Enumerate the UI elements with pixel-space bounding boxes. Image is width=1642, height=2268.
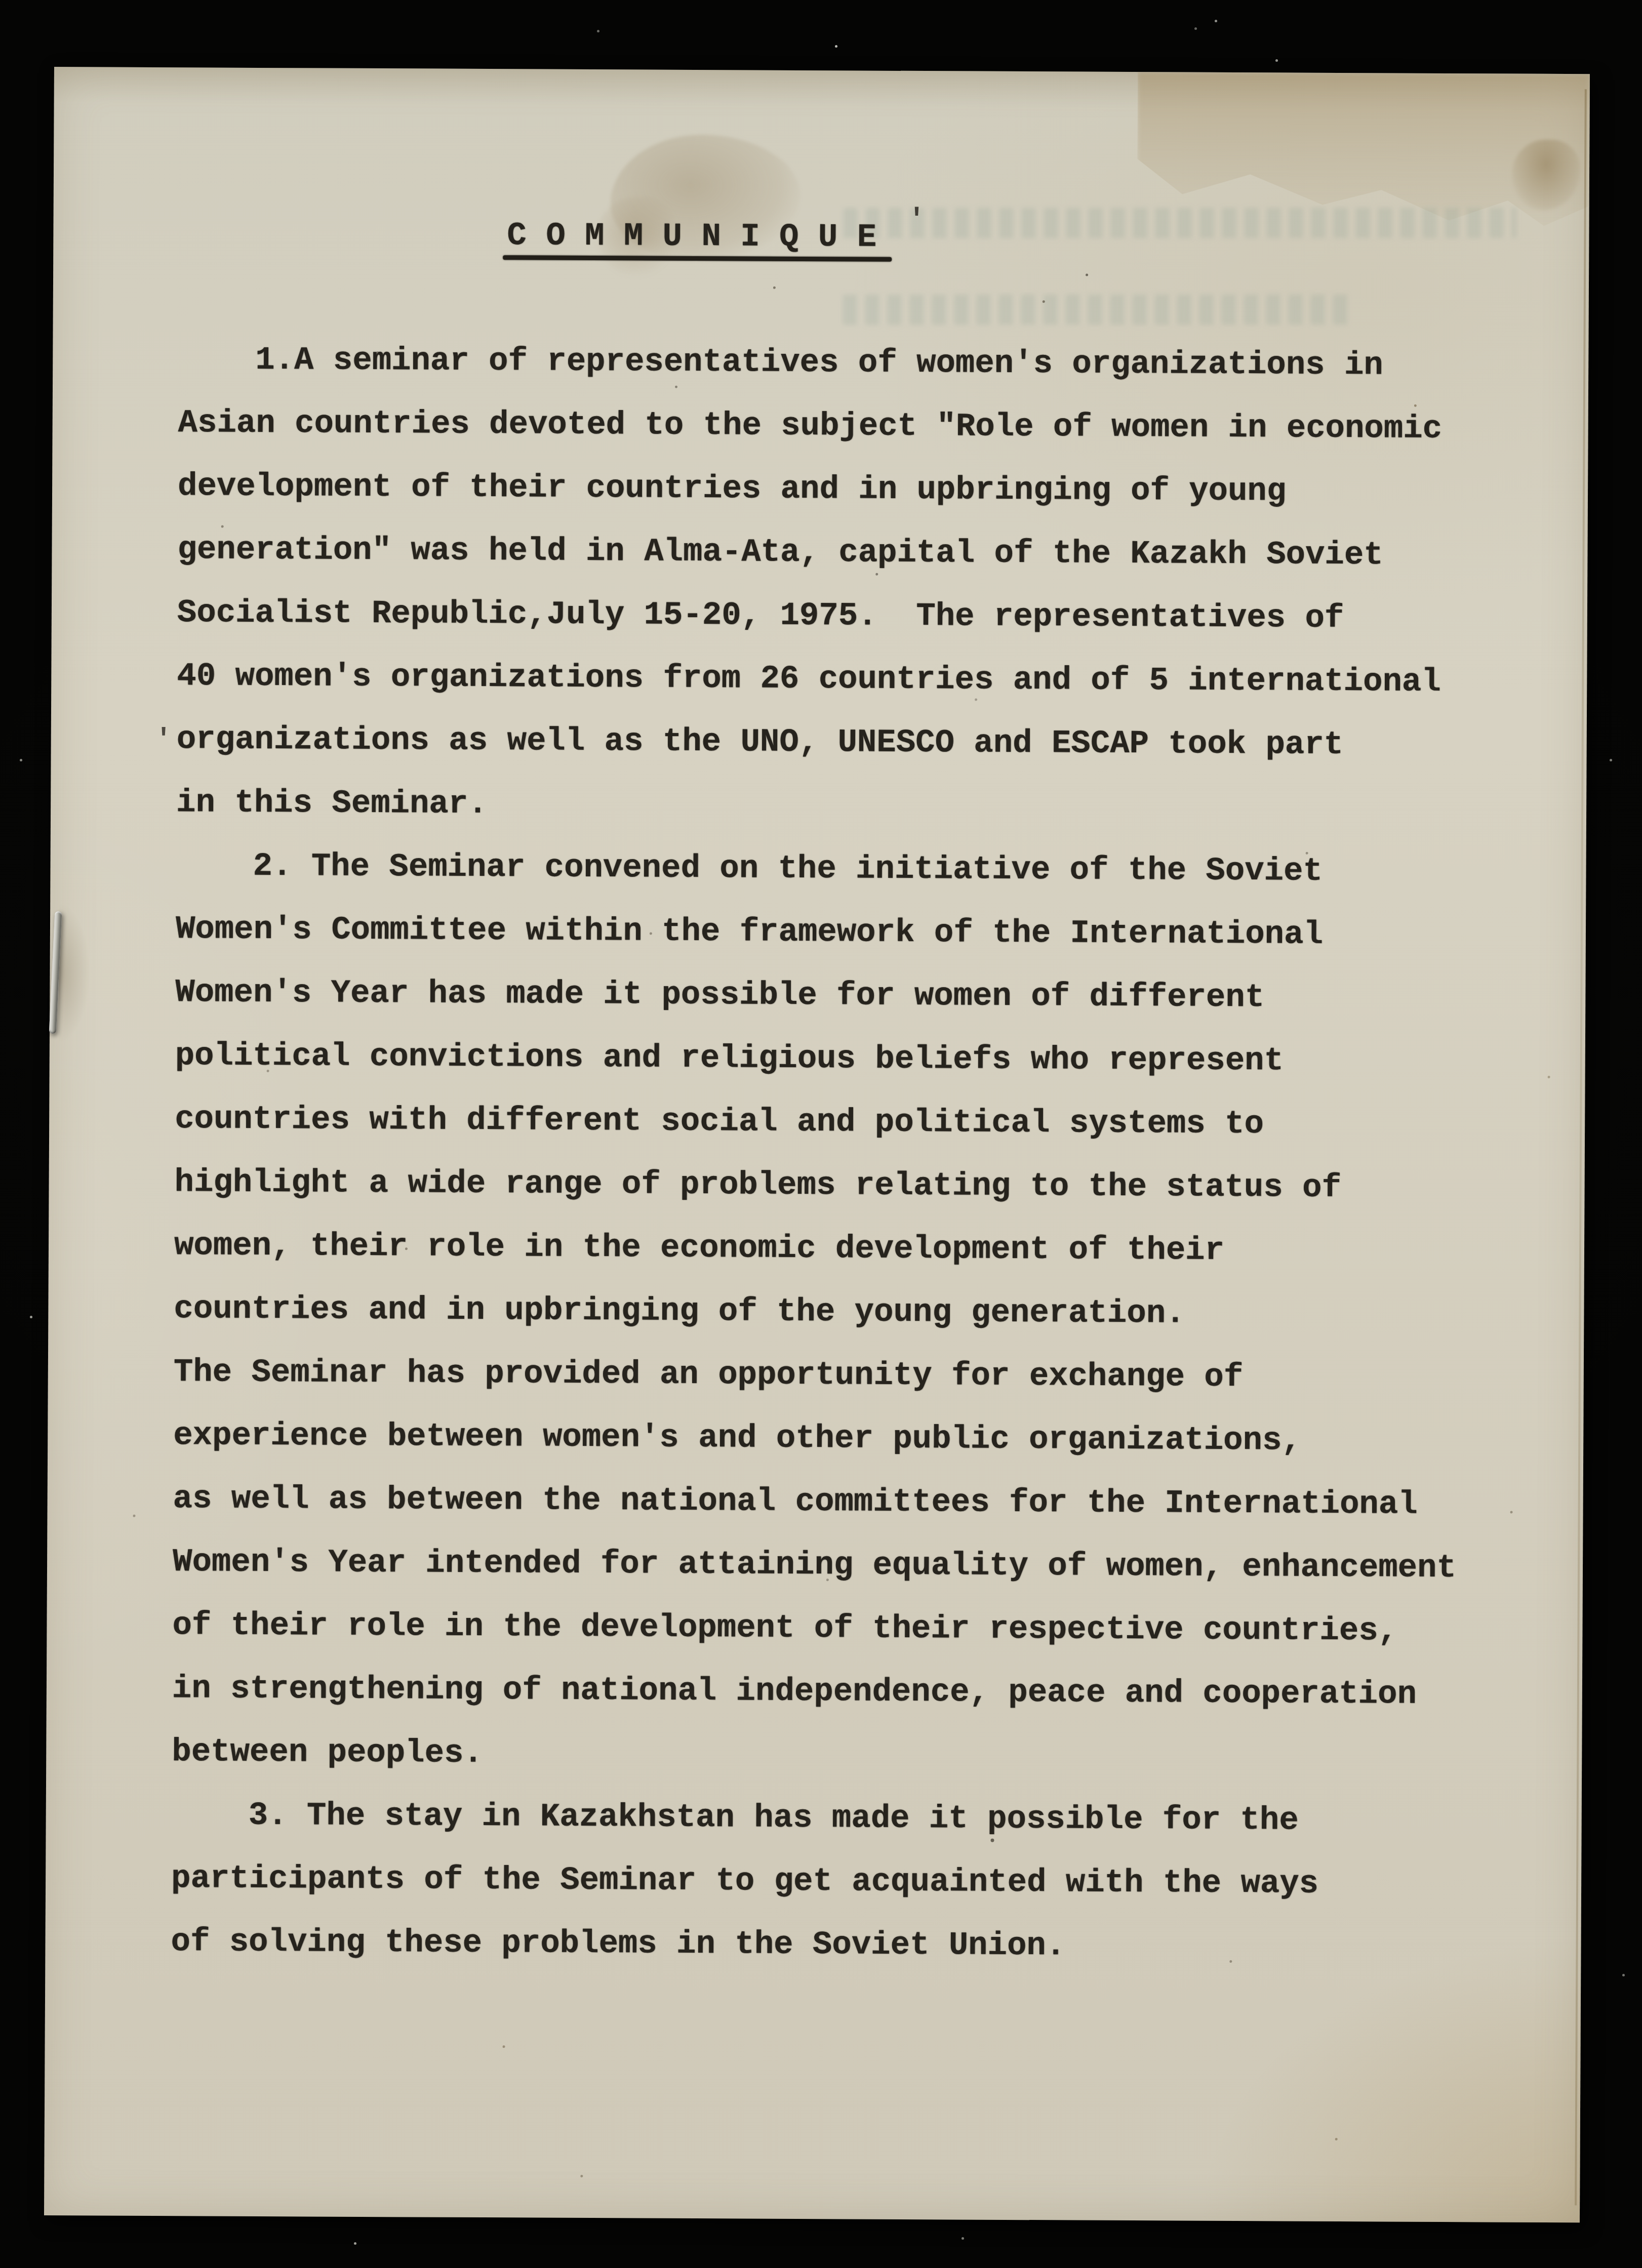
scanned-document-view: { "scan": { "background_color": "#060605… bbox=[0, 0, 1642, 2268]
text-line: as well as between the national committe… bbox=[173, 1468, 1418, 1537]
text-line: The Seminar has provided an opportunity … bbox=[174, 1341, 1244, 1409]
text-line: between peoples. bbox=[172, 1721, 483, 1786]
text-line: Women's Committee within the framework o… bbox=[176, 898, 1324, 967]
text-line: women, their role in the economic develo… bbox=[174, 1214, 1225, 1283]
text-line: development of their countries and in up… bbox=[178, 455, 1287, 523]
text-line: 3. The stay in Kazakhstan has made it po… bbox=[248, 1785, 1299, 1853]
text-line: political convictions and religious beli… bbox=[175, 1025, 1284, 1093]
text-line: Asian countries devoted to the subject "… bbox=[178, 392, 1442, 461]
stray-typed-mark: ' bbox=[908, 204, 925, 236]
text-line: of their role in the development of thei… bbox=[172, 1594, 1397, 1663]
text-line: generation" was held in Alma-Ata, capita… bbox=[177, 518, 1383, 587]
text-line: participants of the Seminar to get acqua… bbox=[171, 1847, 1319, 1916]
paper-dust-specks bbox=[54, 67, 56, 68]
text-line: of solving these problems in the Soviet … bbox=[171, 1911, 1065, 1978]
typewritten-text: C O M M U N I Q U E ' ' 1.A seminar of r… bbox=[44, 67, 1590, 2222]
text-line: Women's Year has made it possible for wo… bbox=[175, 961, 1264, 1030]
text-line: organizations as well as the UNO, UNESCO… bbox=[176, 708, 1343, 777]
scanner-dust-specks bbox=[0, 0, 2, 2]
text-line: countries with different social and poli… bbox=[175, 1088, 1264, 1156]
text-line: Socialist Republic,July 15-20, 1975. The… bbox=[177, 582, 1344, 651]
text-line: 2. The Seminar convened on the initiativ… bbox=[253, 835, 1323, 904]
text-line: highlight a wide range of problems relat… bbox=[174, 1151, 1341, 1220]
stray-margin-mark: ' bbox=[155, 708, 172, 772]
text-line: in this Seminar. bbox=[176, 772, 488, 836]
text-line: in strengthening of national independenc… bbox=[172, 1657, 1417, 1727]
document-page: C O M M U N I Q U E ' ' 1.A seminar of r… bbox=[44, 67, 1590, 2222]
text-line: 40 women's organizations from 26 countri… bbox=[177, 645, 1441, 714]
staple-paper-dent bbox=[59, 905, 90, 1041]
text-line: Women's Year intended for attaining equa… bbox=[173, 1531, 1456, 1600]
text-line: countries and in upbringing of the young… bbox=[174, 1278, 1185, 1346]
text-line: 1.A seminar of representatives of women'… bbox=[255, 329, 1383, 397]
text-line: experience between women's and other pub… bbox=[173, 1404, 1301, 1473]
